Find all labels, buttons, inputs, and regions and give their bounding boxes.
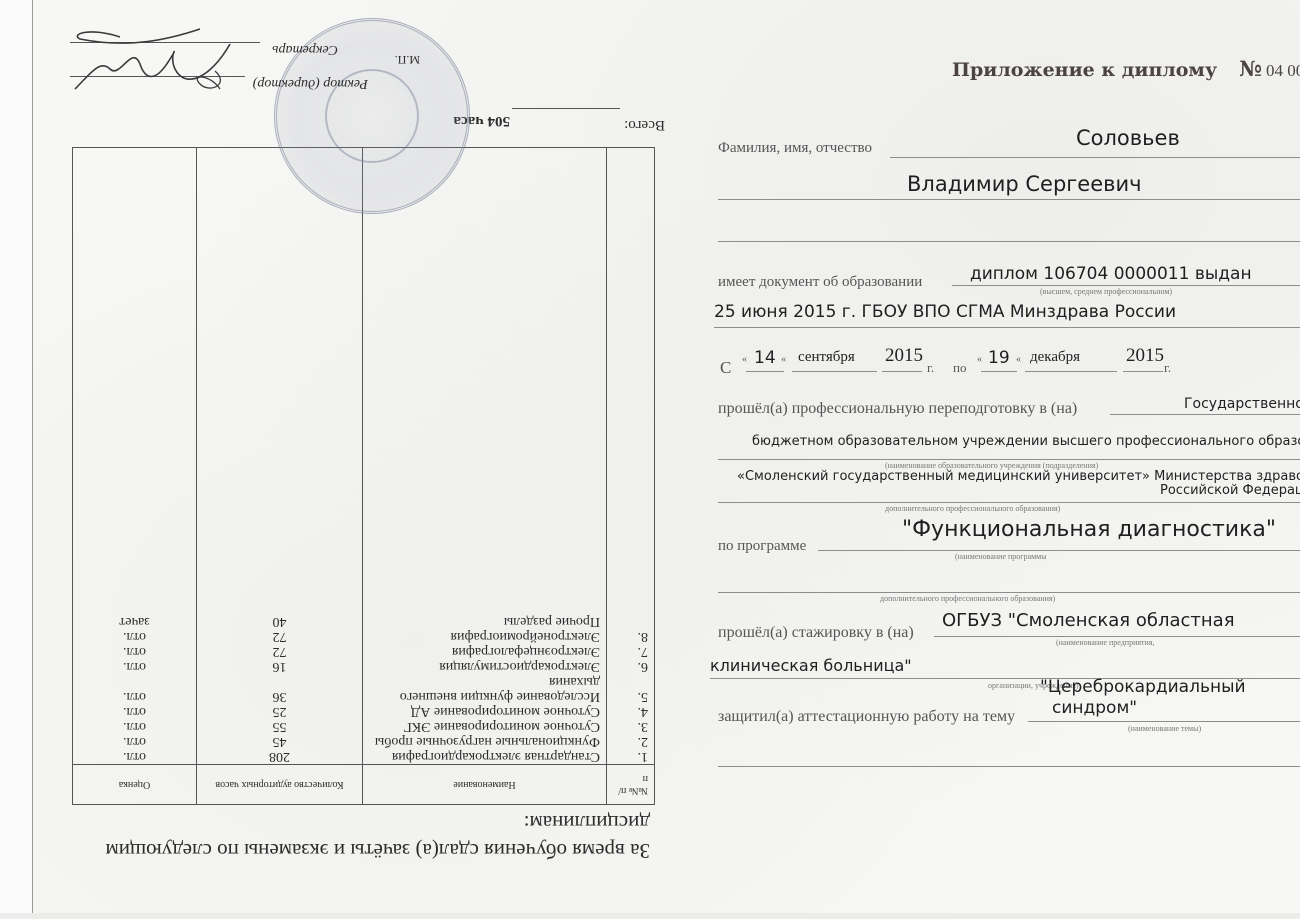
to-day: 19 (988, 348, 1010, 368)
education-label: имеет документ об образовании (718, 274, 922, 291)
document-number: 04 000670 (1266, 61, 1300, 80)
scan-bottom-edge (0, 913, 1300, 919)
row-number: 4. (607, 704, 655, 719)
discipline-grade: зачет (73, 614, 197, 629)
education-hint: (высшем, среднем профессиональном) (1040, 287, 1172, 296)
discipline-grade: отл. (73, 704, 197, 719)
col-header-number: №№ п/п (607, 765, 655, 805)
table-row: Прочие разделы40зачет (73, 614, 655, 629)
row-number: 5. (607, 674, 655, 704)
rector-label: Ректор (директор) (253, 75, 368, 91)
from-year: 2015 (885, 345, 923, 367)
discipline-grade: отл. (73, 629, 197, 644)
thesis-underline (1028, 721, 1300, 722)
thesis-value-line2: синдром" (1052, 698, 1137, 718)
disciplines-heading-line1: За время обучения сдал(а) зачёты и экзам… (105, 838, 650, 863)
internship-underline (934, 636, 1300, 637)
internship-value-line2: клиническая больница" (710, 656, 912, 675)
disciplines-table-body: 1.Стандартная электрокардиография208отл.… (73, 148, 655, 765)
table-row: 7.Электроэнцефалография72отл. (73, 644, 655, 659)
program-underline (818, 550, 1300, 551)
col-header-name: Наименование (363, 765, 607, 805)
from-month-line (792, 371, 877, 372)
discipline-grade: отл. (73, 644, 197, 659)
to-year-line (1123, 371, 1163, 372)
to-day-line (981, 371, 1017, 372)
table-row: 8.Электронейромиография72отл. (73, 629, 655, 644)
row-number (607, 614, 655, 629)
retraining-value-line2: бюджетном образовательном учреждении выс… (752, 434, 1300, 449)
discipline-hours: 45 (197, 734, 363, 749)
discipline-grade: отл. (73, 734, 197, 749)
row-number: 3. (607, 719, 655, 734)
education-value-line2: 25 июня 2015 г. ГБОУ ВПО СГМА Минздрава … (714, 302, 1176, 322)
from-day: 14 (754, 348, 776, 368)
row-number: 1. (607, 749, 655, 765)
col-header-hours: Количество аудиторных часов (197, 765, 363, 805)
quote-open-2: « (977, 354, 982, 365)
thesis-label: защитил(а) аттестационную работу на тему (718, 708, 1015, 726)
fio-underline-3 (718, 241, 1300, 242)
discipline-name: Исследование функции внешнего дыхания (363, 674, 607, 704)
discipline-hours: 16 (197, 659, 363, 674)
table-header-row: №№ п/п Наименование Количество аудиторны… (73, 765, 655, 805)
fio-underline (890, 157, 1300, 158)
col-header-grade: Оценка (73, 765, 197, 805)
retraining-value-line1: Государственном (1184, 396, 1300, 412)
discipline-name: Прочие разделы (363, 614, 607, 629)
discipline-name: Электронейромиография (363, 629, 607, 644)
internship-hint-1: (наименование предприятия, (1056, 638, 1155, 647)
discipline-hours: 25 (197, 704, 363, 719)
retraining-underline (1110, 414, 1300, 415)
right-page: Приложение к диплому№04 000670 Фамилия, … (700, 0, 1300, 919)
internship-label: прошёл(а) стажировку в (на) (718, 624, 914, 642)
scan-margin (0, 0, 33, 919)
thesis-hint: (наименование темы) (1128, 724, 1201, 733)
year-suffix-1: г. (927, 360, 934, 376)
program-value: "Функциональная диагностика" (902, 517, 1276, 542)
document-title: Приложение к диплому№04 000670 (952, 56, 1300, 81)
total-underline (512, 108, 620, 109)
discipline-grade: отл. (73, 749, 197, 765)
quote-close-1: « (781, 354, 786, 365)
discipline-name: Стандартная электрокардиография (363, 749, 607, 765)
discipline-hours: 208 (197, 749, 363, 765)
row-number: 7. (607, 644, 655, 659)
year-suffix-2: г. (1164, 360, 1171, 376)
discipline-name: Электроэнцефалография (363, 644, 607, 659)
period-from-label: С (720, 358, 731, 378)
discipline-name: Суточное мониторирование АД (363, 704, 607, 719)
left-page-rotated: За время обучения сдал(а) зачёты и экзам… (33, 0, 700, 919)
table-row: 4.Суточное мониторирование АД25отл. (73, 704, 655, 719)
table-row: 5.Исследование функции внешнего дыхания3… (73, 674, 655, 704)
secretary-label: Секретарь (272, 41, 338, 57)
discipline-grade: отл. (73, 674, 197, 704)
empty-cell (363, 148, 607, 615)
row-number: 8. (607, 629, 655, 644)
fio-underline-2 (718, 199, 1300, 200)
empty-cell (73, 148, 197, 615)
table-row: 6.Электрокардиостимуляция16отл. (73, 659, 655, 674)
education-underline-2 (714, 327, 1300, 328)
quote-close-2: « (1016, 354, 1021, 365)
internship-value-line1: ОГБУЗ "Смоленская областная (942, 610, 1235, 631)
thesis-underline-2 (718, 766, 1300, 767)
program-hint-1: (наименование программы (955, 552, 1047, 561)
program-label: по программе (718, 538, 806, 555)
from-year-line (882, 371, 922, 372)
discipline-name: Функциональные нагрузочные пробы (363, 734, 607, 749)
total-label: Всего: (624, 116, 665, 133)
number-sign: № (1239, 56, 1262, 81)
program-underline-2 (718, 592, 1300, 593)
retraining-underline-3 (718, 502, 1300, 503)
table-row: 3.Суточное мониторирование ЭКГ55отл. (73, 719, 655, 734)
discipline-hours: 72 (197, 629, 363, 644)
table-row: 2.Функциональные нагрузочные пробы45отл. (73, 734, 655, 749)
to-month: декабря (1030, 349, 1080, 366)
retraining-underline-2 (718, 459, 1300, 460)
retraining-hint-2: дополнительного профессионального образо… (885, 504, 1060, 513)
title-text: Приложение к диплому (952, 59, 1217, 81)
discipline-hours: 40 (197, 614, 363, 629)
row-number: 6. (607, 659, 655, 674)
retraining-value-line3: «Смоленский государственный медицинский … (737, 469, 1300, 484)
table-row: 1.Стандартная электрокардиография208отл. (73, 749, 655, 765)
stamp-placeholder-label: М.П. (395, 52, 420, 67)
from-day-line (746, 371, 784, 372)
discipline-hours: 72 (197, 644, 363, 659)
to-month-line (1025, 371, 1117, 372)
discipline-name: Суточное мониторирование ЭКГ (363, 719, 607, 734)
discipline-grade: отл. (73, 659, 197, 674)
name-patronymic-value: Владимир Сергеевич (907, 172, 1142, 196)
discipline-hours: 55 (197, 719, 363, 734)
program-hint-2: дополнительного профессионального образо… (880, 594, 1055, 603)
period-to-label: по (953, 360, 966, 376)
from-month: сентября (798, 349, 855, 366)
to-year: 2015 (1126, 345, 1164, 367)
handwritten-signatures (70, 19, 240, 99)
row-number: 2. (607, 734, 655, 749)
education-value-line1: диплом 106704 0000011 выдан (970, 264, 1252, 284)
fio-label: Фамилия, имя, отчество (718, 140, 872, 157)
disciplines-heading-line2: дисциплинам: (524, 810, 650, 835)
retraining-value-line4: Российской Федерации (1160, 483, 1300, 498)
discipline-hours: 36 (197, 674, 363, 704)
surname-value: Соловьев (1076, 126, 1180, 150)
discipline-name: Электрокардиостимуляция (363, 659, 607, 674)
table-empty-space (73, 148, 655, 615)
empty-cell (197, 148, 363, 615)
education-underline (952, 285, 1300, 286)
quote-open-1: « (742, 354, 747, 365)
retraining-label: прошёл(а) профессиональную переподготовк… (718, 400, 1077, 418)
empty-cell (607, 148, 655, 615)
thesis-value-line1: "Цереброкардиальный (1040, 677, 1246, 697)
disciplines-table: №№ п/п Наименование Количество аудиторны… (72, 147, 655, 805)
discipline-grade: отл. (73, 719, 197, 734)
